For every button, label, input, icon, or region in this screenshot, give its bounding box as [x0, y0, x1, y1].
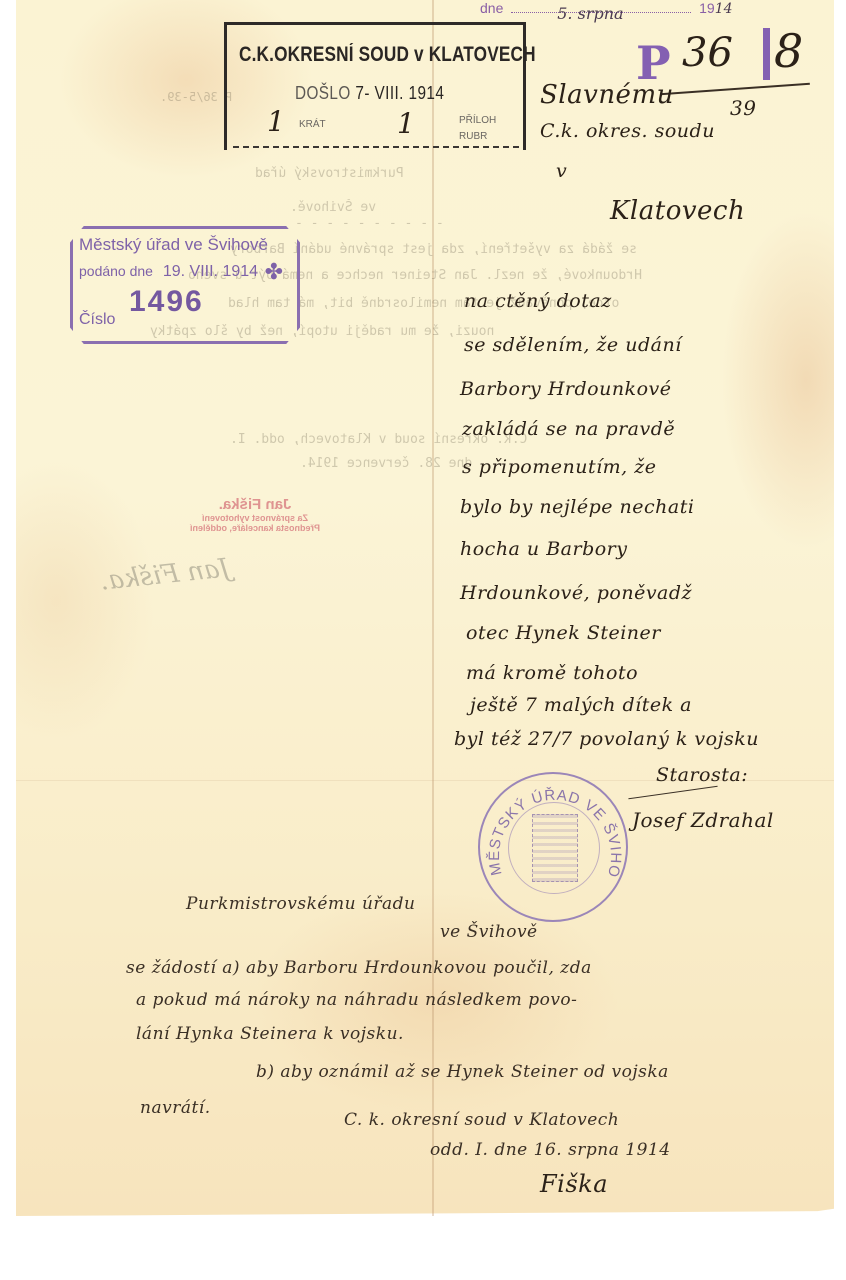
salutation-line-3: v: [556, 160, 567, 182]
letter-line: ještě 7 malých dítek a: [470, 694, 692, 716]
year-prefix: 19: [699, 0, 715, 16]
salutation-line-2: C.k. okres. soudu: [540, 120, 715, 142]
court-stamp-rubric-label: RUBR: [459, 131, 487, 142]
letter-line: má kromě tohoto: [466, 662, 638, 684]
letter-line: Hrdounkové, poněvadž: [460, 582, 692, 604]
reply-addressee: Purkmistrovskému úřadu: [186, 894, 416, 914]
red-stamp-line-2: Přednosta kanceláře, oddělení: [160, 523, 350, 533]
reply-line: a pokud má nároky na náhradu následkem p…: [136, 990, 577, 1010]
letter-line: Barbory Hrdounkové: [460, 378, 672, 400]
reply-line: se žádostí a) aby Barboru Hrdounkovou po…: [126, 958, 592, 978]
red-signature-stamp: Jan Fiška. Za správnost vyhotovení Předn…: [160, 496, 350, 533]
year-suffix: 14: [715, 1, 733, 17]
paper-fold-vertical: [432, 0, 434, 1216]
handwritten-date: 5. srpna: [557, 4, 623, 23]
signature-name: Josef Zdrahal: [632, 808, 774, 832]
stamp-ornament-icon: ✤: [265, 259, 283, 285]
letter-line: bylo by nejlépe nechati: [460, 496, 694, 518]
date-line: dne 5. srpna 1914: [480, 0, 733, 17]
municipal-stamp-submitted: podáno dne 19. VIII. 1914: [79, 263, 258, 281]
court-stamp-divider: [233, 146, 519, 148]
side-number: 39: [730, 96, 756, 120]
court-stamp-attachments-label: PŘÍLOH: [459, 115, 496, 126]
bleed-line: Purkmistrovský úřad: [255, 166, 404, 181]
reference-number: 36: [682, 30, 733, 76]
bleed-underline: - - - - - - - - - -: [295, 216, 444, 231]
letter-line: zakládá se na pravdě: [462, 418, 675, 440]
court-received-stamp: C.K.OKRESNÍ SOUD v KLATOVECH DOŠLO 7- VI…: [224, 22, 526, 150]
letter-line: na ctěný dotaz: [464, 290, 612, 312]
reply-point-b-end: navrátí.: [140, 1098, 211, 1118]
court-stamp-times-value: 1: [267, 105, 285, 138]
red-stamp-name: Jan Fiška.: [160, 496, 350, 513]
bleed-line: ve Švihově.: [290, 200, 376, 215]
faint-reference: P 36/5-39.: [160, 90, 232, 104]
municipal-stamp-number-label: Číslo: [79, 311, 115, 329]
municipal-round-seal: MĚSTSKÝ ÚŘAD VE ŠVIHOVĚ: [478, 772, 628, 922]
letter-line: se sdělením, že udání: [464, 334, 682, 356]
reply-addressee-location: ve Švihově: [440, 922, 538, 942]
letter-line: hocha u Barbory: [460, 538, 628, 560]
signature-title: Starosta:: [656, 764, 748, 786]
salutation-line-4: Klatovech: [610, 196, 745, 226]
municipal-stamp-title: Městský úřad ve Švihově: [79, 235, 268, 255]
court-stamp-date: 7- VIII. 1914: [355, 83, 444, 103]
municipal-stamp-number: 1496: [129, 285, 204, 319]
court-stamp-attachments-value: 1: [397, 107, 415, 140]
bar-stamp: [763, 28, 770, 80]
reply-point-b: b) aby oznámil až se Hynek Steiner od vo…: [256, 1062, 669, 1082]
bleed-line: dne 28. července 1914.: [300, 456, 472, 471]
reply-dept-date: odd. I. dne 16. srpna 1914: [430, 1140, 671, 1160]
crest-icon: [532, 814, 578, 882]
reply-line: lání Hynka Steinera k vojsku.: [136, 1024, 404, 1044]
reply-court-name: C. k. okresní soud v Klatovech: [344, 1110, 619, 1130]
letter-line: byl též 27/7 povolaný k vojsku: [454, 728, 759, 750]
reply-signature: Fiška: [540, 1170, 608, 1198]
letter-line: otec Hynek Steiner: [466, 622, 661, 644]
municipal-office-stamp: Městský úřad ve Švihově podáno dne 19. V…: [70, 226, 300, 344]
date-dotted-field: 5. srpna: [511, 12, 691, 13]
letter-line: s připomenutím, že: [462, 456, 657, 478]
court-stamp-title: C.K.OKRESNÍ SOUD v KLATOVECH: [239, 43, 536, 67]
salutation-line-1: Slavnému: [540, 80, 674, 110]
reference-suffix: 8: [774, 24, 803, 78]
red-stamp-line-1: Za správnost vyhotovení: [160, 513, 350, 523]
date-label: dne: [480, 0, 503, 16]
municipal-stamp-date: 19. VIII. 1914: [163, 263, 258, 280]
court-stamp-received: DOŠLO 7- VIII. 1914: [295, 83, 444, 104]
court-stamp-times-label: KRÁT: [299, 119, 326, 130]
